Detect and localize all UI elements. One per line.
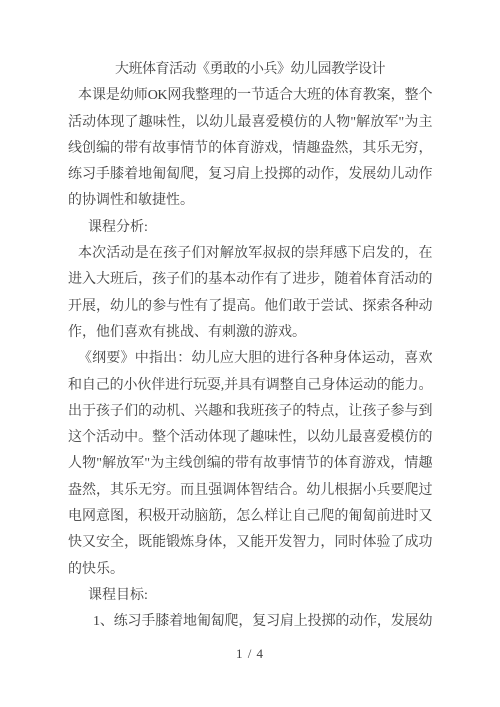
text-line: 活动体现了趣味性，以幼儿最喜爱模仿的人物"解放军"为主 <box>68 110 432 136</box>
text-line: 本次活动是在孩子们对解放军叔叔的崇拜感下启发的，在 <box>68 241 432 267</box>
text-line: 的快乐。 <box>68 557 432 583</box>
text-line: 课程分析: <box>68 215 432 241</box>
document-content: 大班体育活动《勇敢的小兵》幼儿园教学设计 本课是幼师OK网我整理的一节适合大班的… <box>68 57 432 636</box>
text-line: 线创编的带有故事情节的体育游戏，情趣盎然，其乐无穷， <box>68 136 432 162</box>
text-line: 《纲要》中指出：幼儿应大胆的进行各种身体运动，喜欢 <box>68 346 432 372</box>
text-line: 练习手膝着地匍匐爬，复习肩上投掷的动作，发展幼儿动作 <box>68 162 432 188</box>
document-page: { "document": { "title": "大班体育活动《勇敢的小兵》幼… <box>0 0 500 707</box>
text-line: 本课是幼师OK网我整理的一节适合大班的体育教案，整个 <box>68 83 432 109</box>
text-line: 电网意图，积极开动脑筋，怎么样让自己爬的匍匐前进时又 <box>68 504 432 530</box>
text-line: 课程目标: <box>68 583 432 609</box>
text-line: 的协调性和敏捷性。 <box>68 188 432 214</box>
text-line: 1、练习手膝着地匍匐爬，复习肩上投掷的动作，发展幼 <box>68 609 432 635</box>
text-line: 进入大班后，孩子们的基本动作有了进步，随着体育活动的 <box>68 267 432 293</box>
text-line: 作，他们喜欢有挑战、有刺激的游戏。 <box>68 320 432 346</box>
page-number: 1 / 4 <box>0 646 500 662</box>
text-line: 开展，幼儿的参与性有了提高。他们敢于尝试、探索各种动 <box>68 294 432 320</box>
text-line: 盎然，其乐无穷。而且强调体智结合。幼儿根据小兵要爬过 <box>68 478 432 504</box>
text-line: 和自己的小伙伴进行玩耍,并具有调整自己身体运动的能力。 <box>68 373 432 399</box>
text-line: 快又安全，既能锻炼身体，又能开发智力，同时体验了成功 <box>68 530 432 556</box>
document-body: 本课是幼师OK网我整理的一节适合大班的体育教案，整个活动体现了趣味性，以幼儿最喜… <box>68 83 432 635</box>
text-line: 这个活动中。整个活动体现了趣味性，以幼儿最喜爱模仿的 <box>68 425 432 451</box>
document-title: 大班体育活动《勇敢的小兵》幼儿园教学设计 <box>68 57 432 83</box>
text-line: 人物"解放军"为主线创编的带有故事情节的体育游戏，情趣 <box>68 451 432 477</box>
page: 大班体育活动《勇敢的小兵》幼儿园教学设计 本课是幼师OK网我整理的一节适合大班的… <box>0 0 500 707</box>
text-line: 出于孩子们的动机、兴趣和我班孩子的特点，让孩子参与到 <box>68 399 432 425</box>
